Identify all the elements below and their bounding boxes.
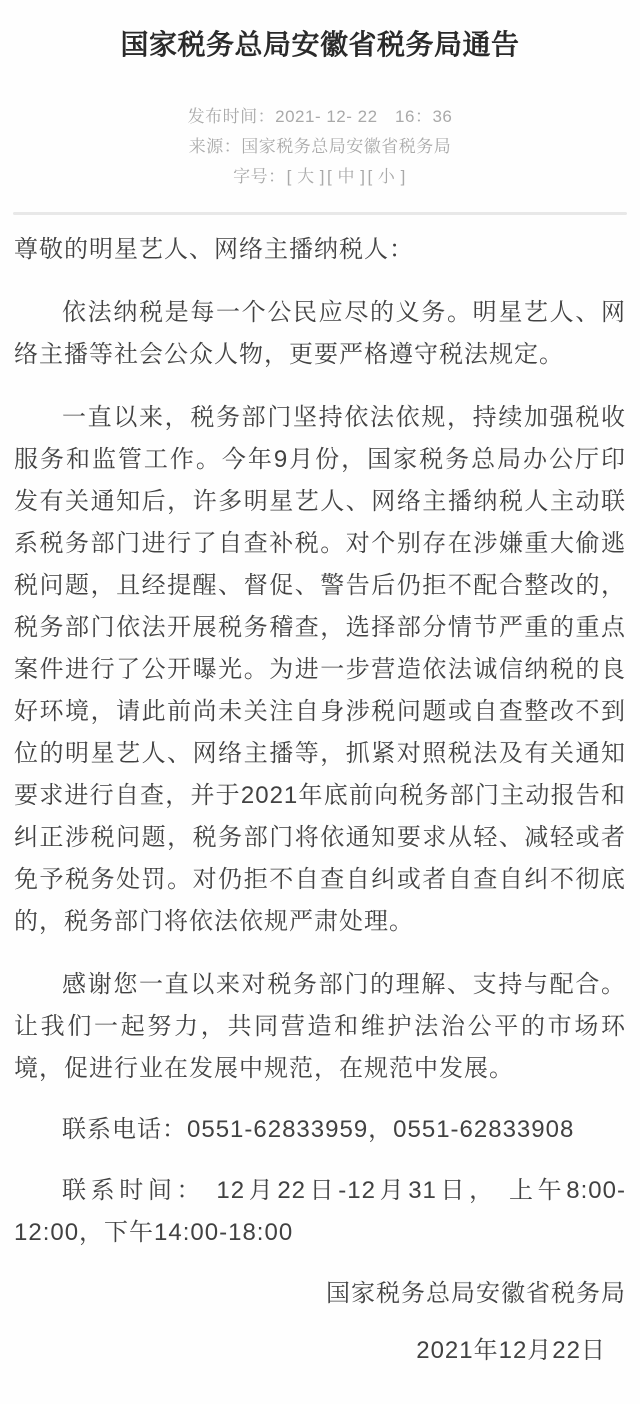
doc-header: 国家税务总局安徽省税务局通告 发布时间：2021- 12- 22 16：36 来… <box>0 0 640 192</box>
signature-date: 2021年12月22日 <box>14 1330 626 1372</box>
font-size-large-button[interactable]: [ 大 ] <box>287 162 325 192</box>
font-size-label: 字号： <box>233 167 286 186</box>
publish-time: 发布时间：2021- 12- 22 16：36 <box>0 102 640 132</box>
font-size-medium-button[interactable]: [ 中 ] <box>327 162 365 192</box>
font-size-row: 字号：[ 大 ][ 中 ][ 小 ] <box>0 162 640 192</box>
salutation: 尊敬的明星艺人、网络主播纳税人： <box>14 229 626 271</box>
page-title: 国家税务总局安徽省税务局通告 <box>0 28 640 62</box>
source-line: 来源：国家税务总局安徽省税务局 <box>0 132 640 162</box>
doc-meta: 发布时间：2021- 12- 22 16：36 来源：国家税务总局安徽省税务局 … <box>0 102 640 192</box>
header-divider <box>13 212 627 215</box>
paragraph-2: 一直以来，税务部门坚持依法依规，持续加强税收服务和监管工作。今年9月份，国家税务… <box>14 397 626 943</box>
contact-time: 联系时间： 12月22日-12月31日， 上午8:00-12:00，下午14:0… <box>14 1170 626 1254</box>
font-size-small-button[interactable]: [ 小 ] <box>367 162 405 192</box>
notice-body: 尊敬的明星艺人、网络主播纳税人： 依法纳税是每一个公民应尽的义务。明星艺人、网络… <box>0 229 640 1372</box>
contact-phone: 联系电话：0551-62833959，0551-62833908 <box>14 1109 626 1151</box>
notice-page: 国家税务总局安徽省税务局通告 发布时间：2021- 12- 22 16：36 来… <box>0 0 640 1404</box>
paragraph-3: 感谢您一直以来对税务部门的理解、支持与配合。让我们一起努力，共同营造和维护法治公… <box>14 964 626 1090</box>
signature-org: 国家税务总局安徽省税务局 <box>14 1273 626 1315</box>
paragraph-1: 依法纳税是每一个公民应尽的义务。明星艺人、网络主播等社会公众人物，更要严格遵守税… <box>14 292 626 376</box>
